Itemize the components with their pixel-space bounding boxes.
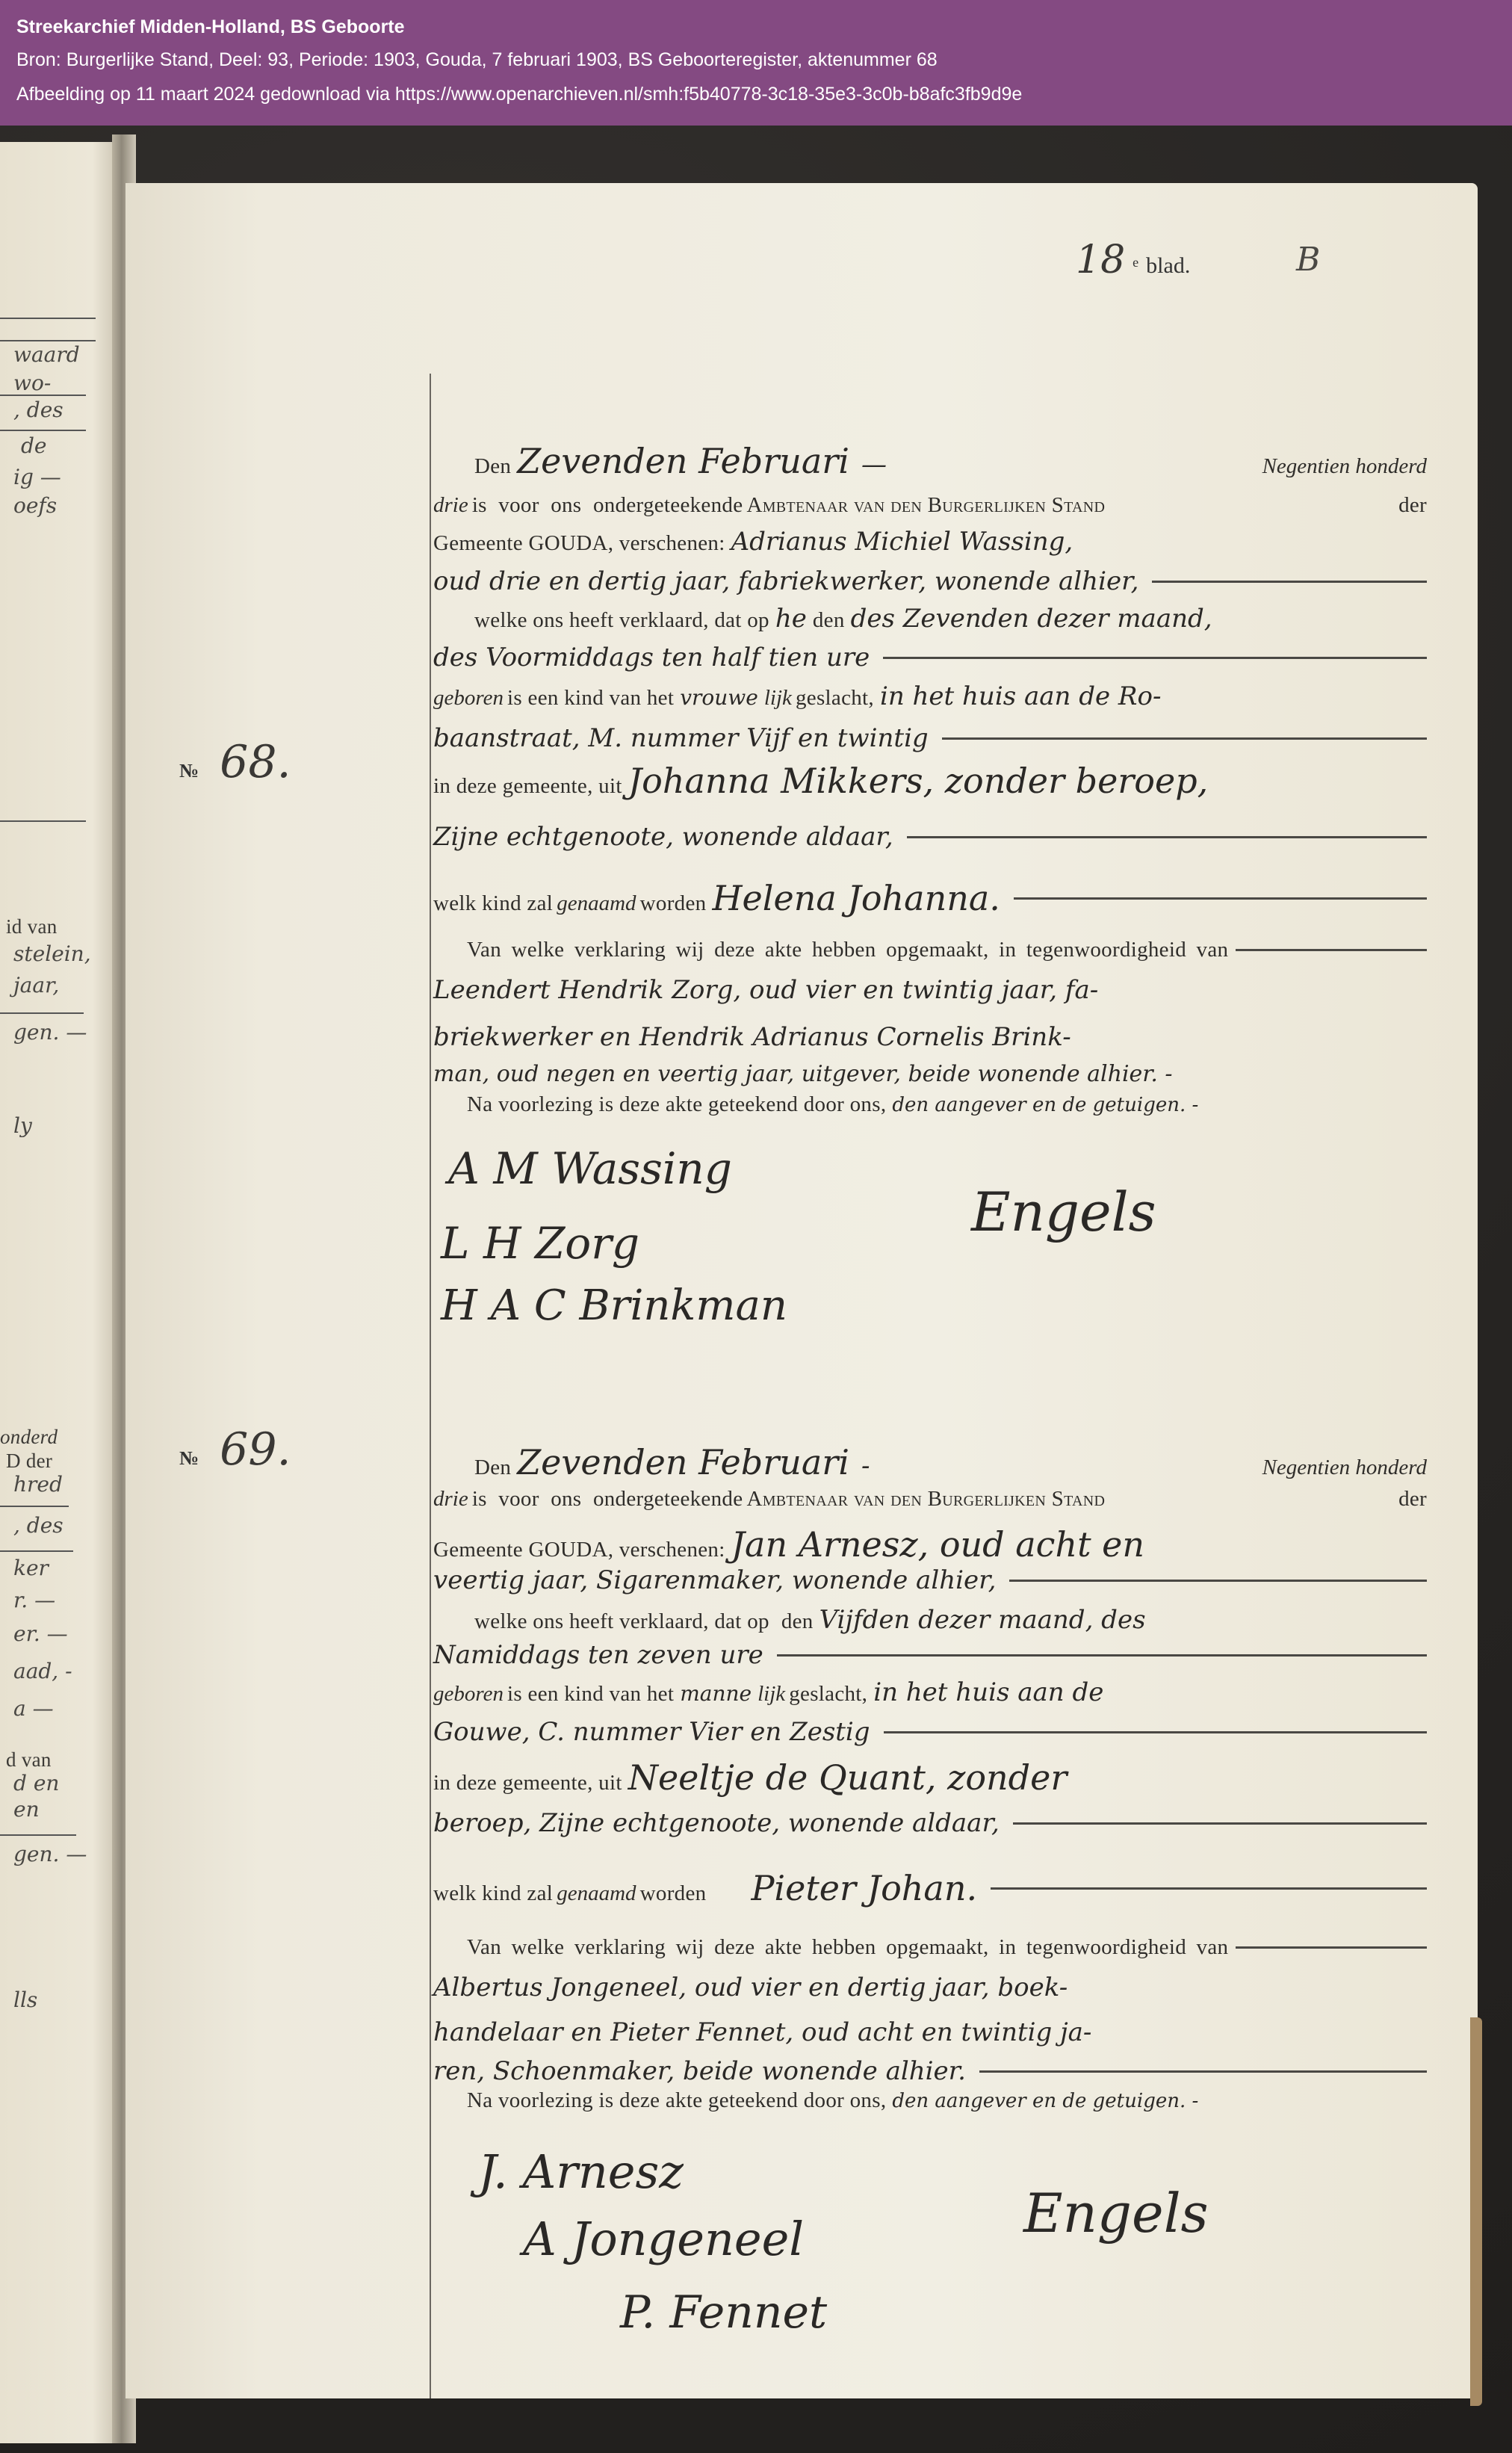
archive-title: Streekarchief Midden-Holland, BS Geboort… xyxy=(16,16,405,38)
handwritten-date: des Zevenden dezer maand, xyxy=(851,604,1212,634)
ruled-line xyxy=(0,430,86,431)
fill-line xyxy=(1236,949,1427,951)
handwritten-fragment: gen. — xyxy=(13,1842,87,1866)
printed-text: genaamd xyxy=(557,1881,636,1906)
act-line-witnesses-intro: Van welke verklaring wij deze akte hebbe… xyxy=(433,1935,1427,1960)
printed-text: worden xyxy=(640,891,707,916)
handwritten-fragment: r. — xyxy=(13,1588,55,1612)
act-line-witness-2: handelaar en Pieter Fennet, oud acht en … xyxy=(433,2017,1427,2047)
handwritten-dash: - xyxy=(861,1451,870,1481)
fill-line xyxy=(883,657,1427,659)
handwritten-text: beroep, Zijne echtgenoote, wonende aldaa… xyxy=(433,1808,1000,1838)
act-line-time: des Voormiddags ten half tien ure xyxy=(433,643,1427,672)
printed-text: Den xyxy=(474,1456,511,1480)
printed-text: geboren xyxy=(433,1682,504,1707)
ruled-line xyxy=(0,1550,73,1552)
printed-text: genaamd xyxy=(557,891,636,916)
printed-text: Den xyxy=(474,454,511,479)
fill-line xyxy=(979,2070,1427,2073)
act-line-born: geboren is een kind van het manne lijk g… xyxy=(433,1677,1427,1707)
handwritten-address: Gouwe, C. nummer Vier en Zestig xyxy=(433,1717,870,1747)
ruled-line xyxy=(0,395,86,396)
archive-header: Streekarchief Midden-Holland, BS Geboort… xyxy=(0,0,1512,126)
signature-official: Engels xyxy=(971,1181,1156,1243)
printed-fragment: onderd xyxy=(0,1426,58,1449)
folio-number: 18 xyxy=(1076,238,1125,282)
handwritten-fragment: waard xyxy=(13,342,80,367)
act-line-time: Namiddags ten zeven ure xyxy=(433,1640,1427,1670)
act-line-declarant-details: veertig jaar, Sigarenmaker, wonende alhi… xyxy=(433,1565,1427,1595)
printed-text: Negentien honderd xyxy=(1262,1456,1427,1480)
act-number: №68. xyxy=(179,736,291,788)
folio-suffix: e xyxy=(1133,255,1138,270)
printed-text: Van welke verklaring wij deze akte hebbe… xyxy=(467,938,1228,962)
fill-line xyxy=(777,1654,1427,1657)
handwritten-time: Namiddags ten zeven ure xyxy=(433,1640,763,1670)
printed-fragment: id van xyxy=(6,915,58,938)
handwritten-declarant: Adrianus Michiel Wassing, xyxy=(731,527,1073,557)
act-line-signed: Na voorlezing is deze akte geteekend doo… xyxy=(433,2088,1427,2113)
folio-initial-mark: B xyxy=(1296,241,1320,279)
ruled-line xyxy=(0,1506,69,1507)
handwritten-text: ren, Schoenmaker, beide wonende alhier. xyxy=(433,2056,966,2086)
printed-text: is een kind van het xyxy=(507,1682,674,1707)
handwritten-fragment: er. — xyxy=(13,1621,68,1646)
handwritten-text: den aangever en de getuigen. - xyxy=(892,2090,1198,2112)
fill-line xyxy=(1152,581,1427,583)
handwritten-fragment: d en xyxy=(13,1771,59,1795)
act-number-value: 68. xyxy=(220,736,291,788)
handwritten-declarant: Jan Arnesz, oud acht en xyxy=(731,1524,1144,1565)
printed-text: worden xyxy=(640,1881,707,1906)
fill-line xyxy=(942,737,1427,740)
handwritten-fragment: ig — xyxy=(13,465,61,489)
margin-rule xyxy=(430,374,431,2398)
number-sign: № xyxy=(179,760,199,782)
signature-witness-2: P. Fennet xyxy=(620,2286,827,2339)
handwritten-fragment: en xyxy=(13,1797,40,1822)
handwritten-dash: — xyxy=(861,450,887,480)
act-line-spouse: Zijne echtgenoote, wonende aldaar, xyxy=(433,822,1427,852)
handwritten-witness: handelaar en Pieter Fennet, oud acht en … xyxy=(433,2017,1091,2047)
act-line-mother: in deze gemeente, uit Johanna Mikkers, z… xyxy=(433,761,1427,801)
source-reference: Bron: Burgerlijke Stand, Deel: 93, Perio… xyxy=(16,49,938,71)
ruled-line xyxy=(0,820,86,822)
page-stack-edge xyxy=(1470,2017,1482,2406)
act-line-spouse: beroep, Zijne echtgenoote, wonende aldaa… xyxy=(433,1808,1427,1838)
act-line-official: drie is voor ons ondergeteekende Ambtena… xyxy=(433,493,1427,518)
handwritten-fragment: stelein, xyxy=(13,941,91,966)
handwritten-date: Vijfden dezer maand, des xyxy=(819,1605,1146,1635)
handwritten-mother: Johanna Mikkers, zonder beroep, xyxy=(628,761,1209,801)
left-page-fragment: waard wo- , des de ig — oefs id van stel… xyxy=(0,142,116,2443)
handwritten-witness: Leendert Hendrik Zorg, oud vier en twint… xyxy=(433,975,1098,1005)
act-line-witness-details: man, oud negen en veertig jaar, uitgever… xyxy=(433,1061,1427,1087)
act-line-address: baanstraat, M. nummer Vijf en twintig xyxy=(433,723,1427,753)
act-line-witness-1: Albertus Jongeneel, oud vier en dertig j… xyxy=(433,1973,1427,2002)
act-number: №69. xyxy=(179,1423,291,1476)
act-line-witness-details: ren, Schoenmaker, beide wonende alhier. xyxy=(433,2056,1427,2086)
handwritten-child-name: Pieter Johan. xyxy=(751,1868,977,1908)
act-line-signed: Na voorlezing is deze akte geteekend doo… xyxy=(433,1092,1427,1117)
handwritten-witness: briekwerker en Hendrik Adrianus Cornelis… xyxy=(433,1022,1071,1052)
printed-text: der xyxy=(1398,1487,1427,1512)
printed-text: Gemeente GOUDA, verschenen: xyxy=(433,1538,725,1562)
ruled-line xyxy=(0,1834,76,1836)
printed-text: Gemeente GOUDA, verschenen: xyxy=(433,531,725,556)
printed-text: Na voorlezing is deze akte geteekend doo… xyxy=(467,1092,886,1117)
act-line-official: drie is voor ons ondergeteekende Ambtena… xyxy=(433,1487,1427,1512)
fill-line xyxy=(907,836,1427,838)
handwritten-fragment: , des xyxy=(13,398,63,422)
number-sign: № xyxy=(179,1447,199,1469)
handwritten-fragment: oefs xyxy=(13,493,57,518)
act-line-declarant: Gemeente GOUDA, verschenen: Adrianus Mic… xyxy=(433,527,1427,557)
printed-text: drie xyxy=(433,493,468,518)
handwritten-text: veertig jaar, Sigarenmaker, wonende alhi… xyxy=(433,1565,996,1595)
handwritten-text: he xyxy=(775,604,807,634)
handwritten-sex: vrouwe xyxy=(680,685,758,710)
handwritten-address: in het huis aan de xyxy=(873,1677,1103,1707)
act-line-date: Den Zevenden Februari — Negentien honder… xyxy=(433,441,1427,481)
printed-text: geslacht, xyxy=(796,686,874,711)
act-number-value: 69. xyxy=(220,1423,291,1476)
signature-declarant: J. Arnesz xyxy=(478,2144,684,2199)
ruled-line xyxy=(0,340,96,341)
handwritten-date: Zevenden Februari xyxy=(517,441,849,481)
printed-text: welk kind zal xyxy=(433,1881,553,1906)
handwritten-address: baanstraat, M. nummer Vijf en twintig xyxy=(433,723,929,753)
printed-text: Na voorlezing is deze akte geteekend doo… xyxy=(467,2088,886,2113)
printed-text: drie xyxy=(433,1487,468,1512)
printed-text: Negentien honderd xyxy=(1262,454,1427,479)
printed-text: Ambtenaar van den Burgerlijken Stand xyxy=(746,1487,1105,1512)
signature-official: Engels xyxy=(1023,2182,1209,2245)
printed-fragment: d van xyxy=(6,1748,52,1772)
ruled-line xyxy=(0,1012,84,1014)
handwritten-fragment: a — xyxy=(13,1696,54,1721)
signature-witness-2: H A C Brinkman xyxy=(441,1281,787,1330)
fill-line xyxy=(991,1887,1427,1890)
act-line-declarant-details: oud drie en dertig jaar, fabriekwerker, … xyxy=(433,566,1427,596)
printed-text: lijk xyxy=(764,686,792,711)
folio-label: 18eblad. xyxy=(1076,238,1190,282)
printed-text: is een kind van het xyxy=(507,686,674,711)
printed-text: Van welke verklaring wij deze akte hebbe… xyxy=(467,1935,1228,1960)
printed-fragment: D der xyxy=(6,1450,52,1473)
fill-line xyxy=(1013,1822,1427,1825)
signature-witness-1: L H Zorg xyxy=(441,1218,639,1269)
act-line-declared: welke ons heeft verklaard, dat op den Vi… xyxy=(433,1605,1427,1635)
printed-text: Ambtenaar van den Burgerlijken Stand xyxy=(746,493,1105,518)
printed-text: is voor ons ondergeteekende xyxy=(472,493,743,518)
handwritten-child-name: Helena Johanna. xyxy=(712,878,1000,918)
printed-text: der xyxy=(1398,493,1427,518)
handwritten-text: Zijne echtgenoote, wonende aldaar, xyxy=(433,822,893,852)
download-note: Afbeelding op 11 maart 2024 gedownload v… xyxy=(16,84,1022,105)
handwritten-fragment: jaar, xyxy=(13,973,59,997)
fill-line xyxy=(1236,1946,1427,1949)
printed-text: welke ons heeft verklaard, dat op xyxy=(474,1609,769,1634)
handwritten-fragment: , des xyxy=(13,1513,63,1538)
printed-text: welk kind zal xyxy=(433,891,553,916)
handwritten-time: des Voormiddags ten half tien ure xyxy=(433,643,870,672)
act-line-address: Gouwe, C. nummer Vier en Zestig xyxy=(433,1717,1427,1747)
handwritten-text: man, oud negen en veertig jaar, uitgever… xyxy=(433,1061,1173,1087)
handwritten-sex: manne xyxy=(680,1681,752,1706)
printed-text: geboren xyxy=(433,686,504,711)
handwritten-mother: Neeltje de Quant, zonder xyxy=(628,1757,1068,1798)
act-line-child-name: welk kind zal genaamd worden Pieter Joha… xyxy=(433,1868,1427,1908)
act-line-born: geboren is een kind van het vrouwe lijk … xyxy=(433,681,1427,711)
handwritten-fragment: lls xyxy=(13,1988,37,2012)
act-line-witness-1: Leendert Hendrik Zorg, oud vier en twint… xyxy=(433,975,1427,1005)
act-line-witness-2: briekwerker en Hendrik Adrianus Cornelis… xyxy=(433,1022,1427,1052)
handwritten-text: oud drie en dertig jaar, fabriekwerker, … xyxy=(433,566,1138,596)
handwritten-fragment: gen. — xyxy=(13,1020,87,1045)
ruled-line xyxy=(0,318,96,319)
handwritten-address: in het huis aan de Ro- xyxy=(880,681,1162,711)
printed-text: geslacht, xyxy=(789,1682,867,1707)
signature-declarant: A M Wassing xyxy=(448,1143,732,1194)
printed-text: is voor ons ondergeteekende xyxy=(472,1487,743,1512)
handwritten-witness: Albertus Jongeneel, oud vier en dertig j… xyxy=(433,1973,1068,2002)
act-line-witnesses-intro: Van welke verklaring wij deze akte hebbe… xyxy=(433,938,1427,962)
handwritten-fragment: ly xyxy=(13,1113,32,1138)
act-line-mother: in deze gemeente, uit Neeltje de Quant, … xyxy=(433,1757,1427,1798)
act-line-declared: welke ons heeft verklaard, dat op he den… xyxy=(433,604,1427,634)
act-line-child-name: welk kind zal genaamd worden Helena Joha… xyxy=(433,878,1427,918)
printed-text: in deze gemeente, uit xyxy=(433,774,622,799)
handwritten-date: Zevenden Februari xyxy=(517,1442,849,1482)
handwritten-text: den aangever en de getuigen. - xyxy=(892,1094,1198,1116)
handwritten-fragment: aad, - xyxy=(13,1659,72,1683)
act-line-declarant: Gemeente GOUDA, verschenen: Jan Arnesz, … xyxy=(433,1524,1427,1565)
fill-line xyxy=(1009,1580,1427,1582)
printed-text: den xyxy=(813,608,845,633)
handwritten-fragment: ker xyxy=(13,1556,49,1580)
printed-text: welke ons heeft verklaard, dat op xyxy=(474,608,769,633)
fill-line xyxy=(884,1731,1427,1733)
fill-line xyxy=(1014,897,1427,900)
handwritten-fragment: de xyxy=(21,433,47,458)
printed-text: in deze gemeente, uit xyxy=(433,1771,622,1795)
signature-witness-1: A Jongeneel xyxy=(523,2212,804,2266)
handwritten-fragment: wo- xyxy=(13,371,51,395)
printed-text: den xyxy=(781,1609,814,1634)
handwritten-fragment: hred xyxy=(13,1472,63,1497)
act-line-date: Den Zevenden Februari - Negentien honder… xyxy=(433,1442,1427,1482)
folio-word: blad. xyxy=(1146,253,1190,278)
printed-text: lijk xyxy=(757,1682,785,1707)
